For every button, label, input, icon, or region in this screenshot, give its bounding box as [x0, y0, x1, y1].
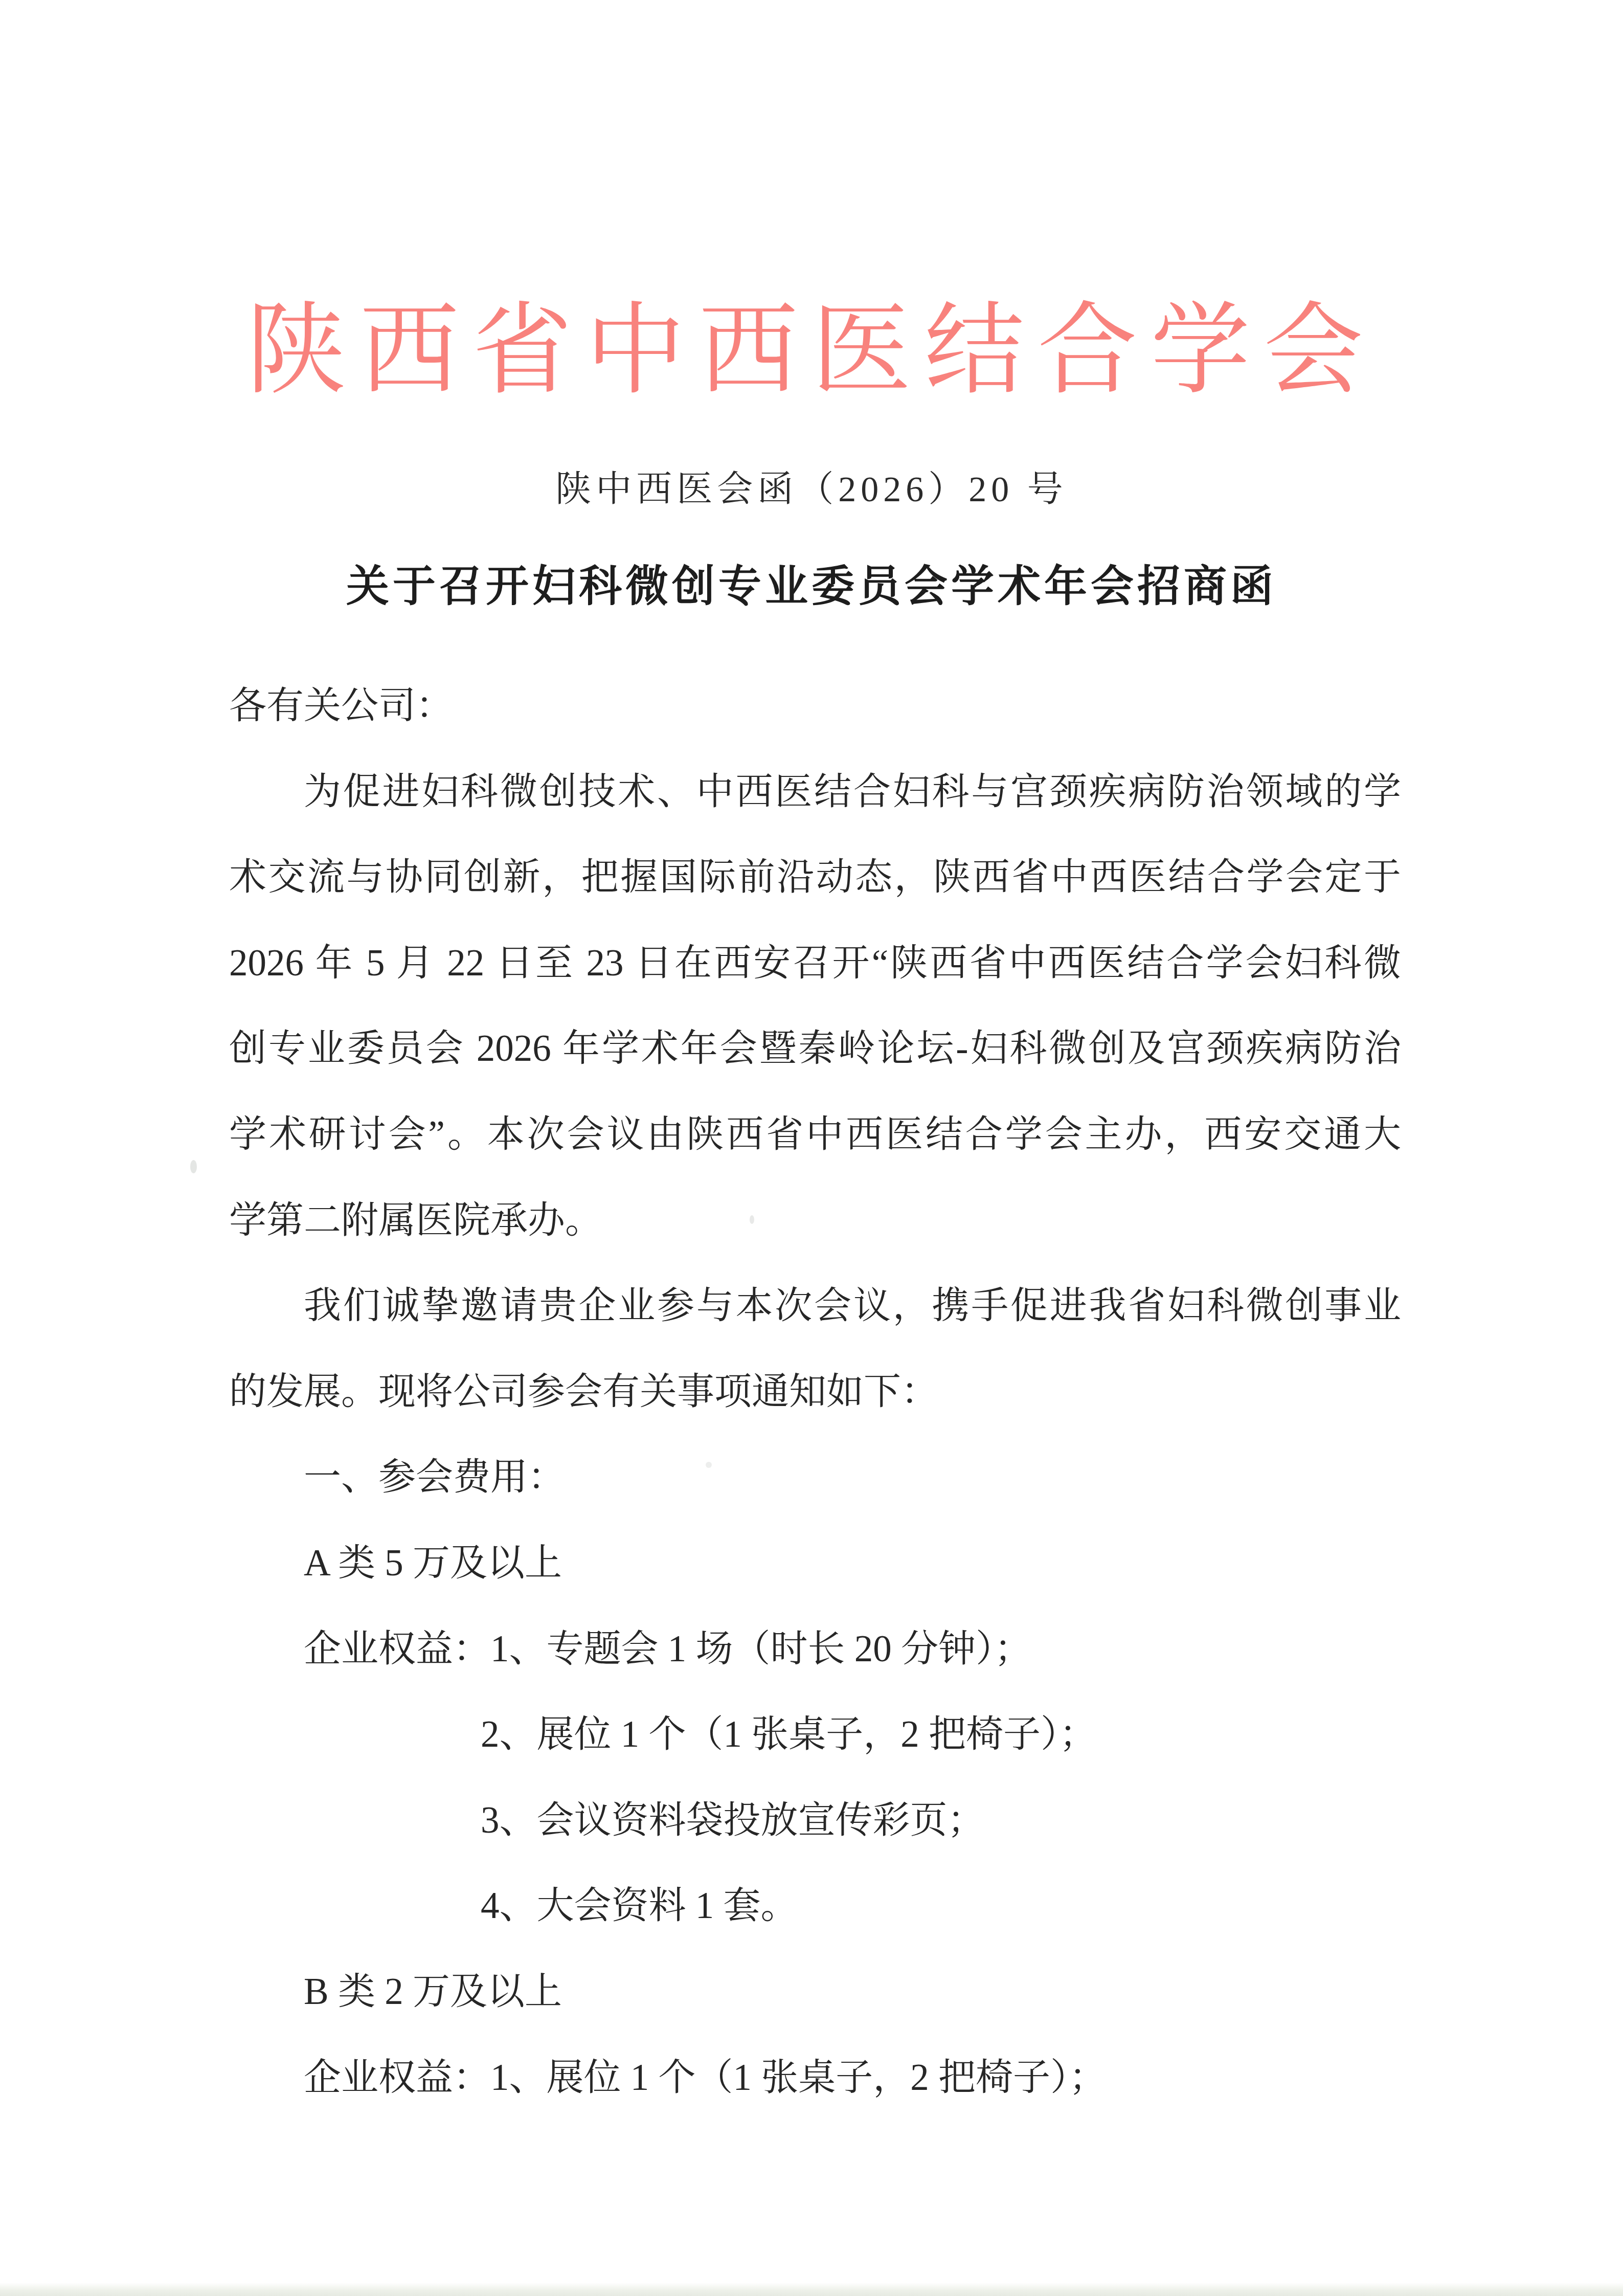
benefit-line: 企业权益：1、展位 1 个（1 张桌子，2 把椅子）； [229, 2035, 1401, 2121]
tier-b-heading: B 类 2 万及以上 [229, 1949, 1401, 2035]
scan-speck [190, 1160, 197, 1173]
benefit-line: 2、展位 1 个（1 张桌子，2 把椅子）； [229, 1691, 1401, 1777]
letterhead-title: 陕西省中西医结合学会 [0, 296, 1623, 407]
body-line: 我们诚挚邀请贵企业参与本次会议，携手促进我省妇科微创事业 [229, 1263, 1401, 1349]
benefit-line: 企业权益：1、专题会 1 场（时长 20 分钟）； [229, 1606, 1401, 1692]
document-page: 陕西省中西医结合学会 陕中西医会函（2026）20 号 关于召开妇科微创专业委员… [0, 0, 1623, 2296]
scan-speck [750, 1215, 754, 1224]
body-line: 学术研讨会”。本次会议由陕西省中西医结合学会主办，西安交通大 [229, 1091, 1401, 1177]
scan-speck [706, 1462, 712, 1468]
body-line: 的发展。现将公司参会有关事项通知如下： [229, 1349, 1401, 1435]
scan-edge-band [0, 2283, 1623, 2296]
tier-a-heading: A 类 5 万及以上 [229, 1520, 1401, 1606]
section-heading: 一、参会费用： [229, 1434, 1401, 1520]
body-line: 为促进妇科微创技术、中西医结合妇科与宫颈疾病防治领域的学 [229, 749, 1401, 835]
body-line: 创专业委员会 2026 年学术年会暨秦岭论坛-妇科微创及宫颈疾病防治 [229, 1006, 1401, 1091]
salutation: 各有关公司： [229, 663, 1401, 749]
body-line: 2026 年 5 月 22 日至 23 日在西安召开“陕西省中西医结合学会妇科微 [229, 920, 1401, 1006]
doc-number: 陕中西医会函（2026）20 号 [0, 469, 1623, 511]
subject-title: 关于召开妇科微创专业委员会学术年会招商函 [0, 562, 1623, 613]
benefit-line: 4、大会资料 1 套。 [229, 1863, 1401, 1949]
body-line: 术交流与协同创新，把握国际前沿动态，陕西省中西医结合学会定于 [229, 834, 1401, 920]
body-line: 学第二附属医院承办。 [229, 1177, 1401, 1263]
benefit-line: 3、会议资料袋投放宣传彩页； [229, 1777, 1401, 1863]
letter-body: 各有关公司： 为促进妇科微创技术、中西医结合妇科与宫颈疾病防治领域的学 术交流与… [229, 663, 1401, 2120]
